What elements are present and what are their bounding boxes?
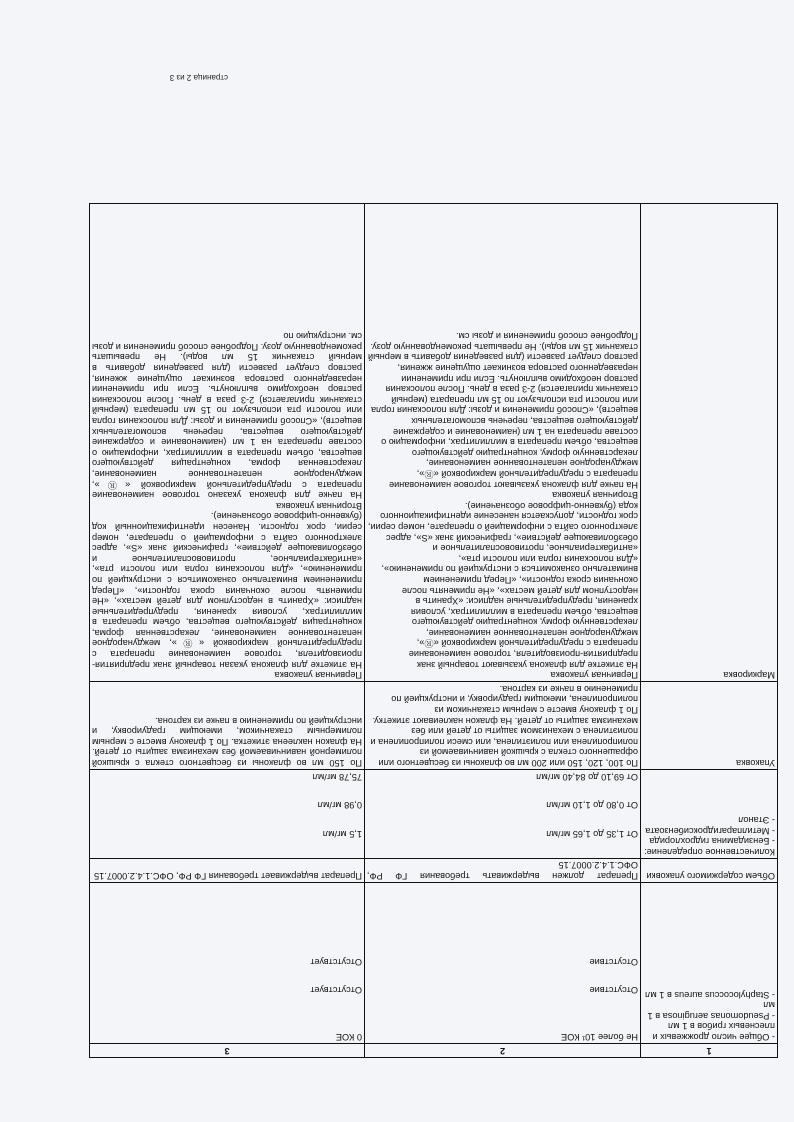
result-line: 0 КОЕ — [92, 1031, 362, 1042]
param-cell: Объем содержимого упаковки — [641, 858, 778, 882]
result-line: 1,5 мг/мл — [92, 828, 362, 839]
result-cell: Препарат выдерживает требования ГФ РФ, О… — [90, 858, 365, 882]
param-line: - Общее число дрожжевых и плесневых гриб… — [643, 1021, 775, 1042]
secondary-pack-text: На пачке для флакона указано торговое на… — [92, 331, 362, 501]
scanned-page-rotated: страница 2 из 3 1 2 3 - Общее число дрож… — [0, 0, 794, 1122]
secondary-pack-title: Вторичная упаковка — [92, 500, 362, 511]
specification-table: 1 2 3 - Общее число дрожжевых и плесневы… — [89, 203, 778, 1058]
result-cell: 0 КОЕ Отсутствует Отсутствует — [90, 883, 365, 1044]
page-number-label: страница 2 из 3 — [170, 73, 228, 82]
norm-line: Отсутствие — [367, 985, 638, 996]
table-row-packaging: Упаковка По 100, 120, 150 или 200 мл во … — [90, 682, 778, 770]
norm-cell: От 1,35 до 1,65 мг/мл От 0,80 до 1,10 мг… — [365, 770, 641, 859]
norm-line: От 69,10 до 84,40 мг/мл — [367, 771, 638, 782]
param-line: Количественное определение: — [643, 846, 775, 857]
param-line: - Pseudomonas aeruginosa в 1 мл — [643, 1000, 775, 1021]
primary-pack-title: Первичная упаковка — [367, 670, 638, 681]
norm-cell: Препарат должен выдерживать требования Г… — [365, 858, 641, 882]
table-row-assay: Количественное определение: - Бензидамин… — [90, 770, 778, 859]
primary-pack-text: На этикетке для флакона указан товарный … — [92, 511, 362, 670]
secondary-pack-title: Вторичная упаковка — [367, 490, 638, 501]
param-cell: Количественное определение: - Бензидамин… — [641, 770, 778, 859]
primary-pack-title: Первичная упаковка — [92, 670, 362, 681]
norm-line: Отсутствие — [367, 956, 638, 967]
result-cell: Первичная упаковка На этикетке для флако… — [90, 204, 365, 682]
primary-pack-text: На этикетке для флакона указывают товарн… — [367, 500, 638, 670]
header-col-2: 2 — [365, 1044, 641, 1058]
param-cell: Упаковка — [641, 682, 778, 770]
result-cell: 1,5 мг/мл 0,98 мг/мл 75,78 мг/мл — [90, 770, 365, 859]
result-cell: По 150 мл во флаконы из бесцветного стек… — [90, 682, 365, 770]
param-line: - Staphylococcus aureus в 1 мл — [643, 989, 775, 1000]
param-line: - Метилпарагидроксибензоата — [643, 825, 775, 836]
result-line: Отсутствует — [92, 985, 362, 996]
header-col-1: 1 — [641, 1044, 778, 1058]
table-row-volume: Объем содержимого упаковки Препарат долж… — [90, 858, 778, 882]
norm-line: От 1,35 до 1,65 мг/мл — [367, 828, 638, 839]
secondary-pack-text: На пачке для флакона указывают торговое … — [367, 331, 638, 490]
norm-cell: Первичная упаковка На этикетке для флако… — [365, 204, 641, 682]
result-line: 0,98 мг/мл — [92, 800, 362, 811]
norm-cell: Не более 10¹ КОЕ Отсутствие Отсутствие — [365, 883, 641, 1044]
param-line: - Этанол — [643, 814, 775, 825]
param-cell: Маркировка — [641, 204, 778, 682]
norm-cell: По 100, 120, 150 или 200 мл во флаконы и… — [365, 682, 641, 770]
param-line: - Бензидамина гидрохлорида — [643, 836, 775, 847]
result-line: 75,78 мг/мл — [92, 771, 362, 782]
norm-line: Не более 10¹ КОЕ — [367, 1031, 638, 1042]
norm-line: От 0,80 до 1,10 мг/мл — [367, 800, 638, 811]
table-row-microbiology: - Общее число дрожжевых и плесневых гриб… — [90, 883, 778, 1044]
table-header-row: 1 2 3 — [90, 1044, 778, 1058]
table-row-labeling: Маркировка Первичная упаковка На этикетк… — [90, 204, 778, 682]
header-col-3: 3 — [90, 1044, 365, 1058]
param-cell: - Общее число дрожжевых и плесневых гриб… — [641, 883, 778, 1044]
result-line: Отсутствует — [92, 956, 362, 967]
